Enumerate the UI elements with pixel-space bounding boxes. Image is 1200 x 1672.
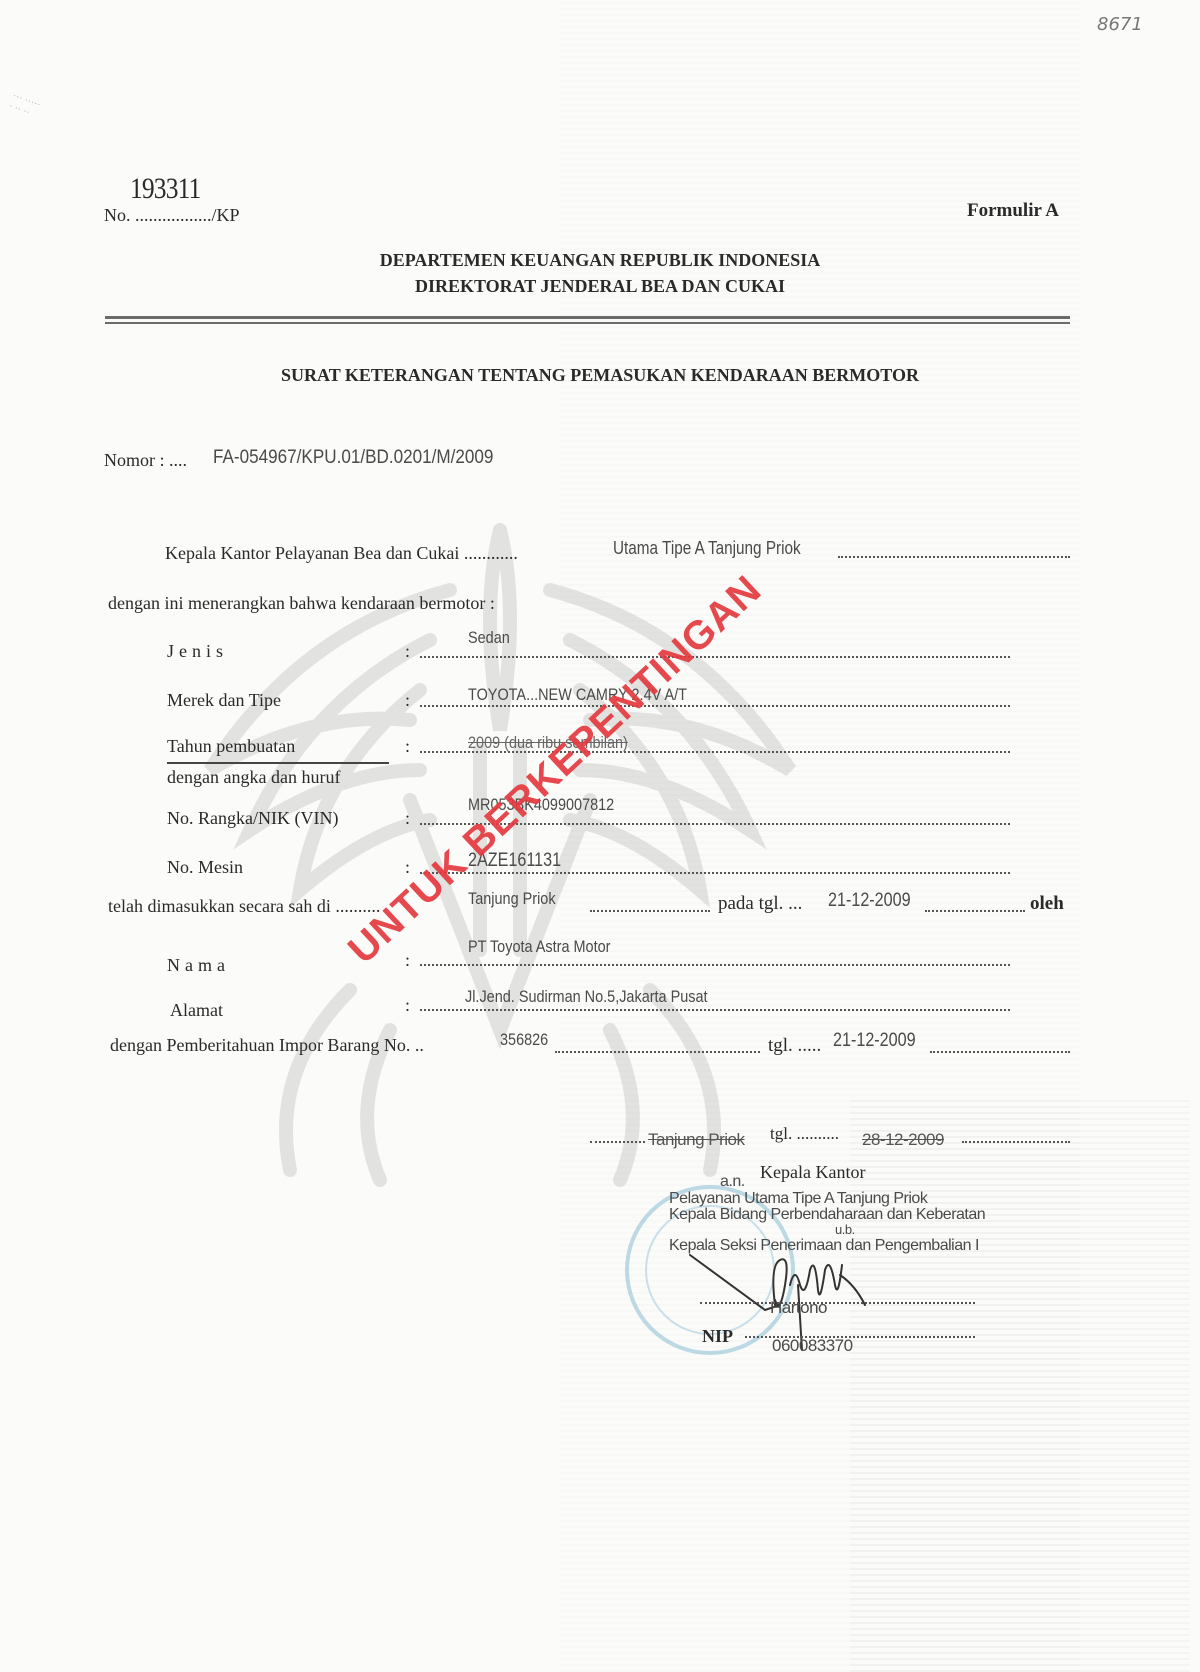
- dotted-fill: [590, 910, 710, 912]
- importer-value-nama: PT Toyota Astra Motor: [468, 937, 636, 957]
- field-label-merek: Merek dan Tipe: [167, 690, 281, 711]
- entry-date-label: pada tgl. ...: [718, 893, 802, 915]
- header-rule: [105, 316, 1070, 319]
- pib-label: dengan Pemberitahuan Impor Barang No. ..: [110, 1035, 424, 1056]
- sign-date-label: tgl. ..........: [770, 1124, 839, 1144]
- sign-place: Tanjung Priok: [648, 1130, 745, 1150]
- signer-name: Hartono: [770, 1298, 827, 1318]
- nomor-label: Nomor : ....: [104, 450, 187, 471]
- dotted-line: [420, 656, 1010, 658]
- importer-value-alamat: Jl.Jend. Sudirman No.5,Jakarta Pusat: [465, 987, 750, 1007]
- handwritten-reference: 8671: [1097, 14, 1143, 35]
- sign-date: 28-12-2009: [862, 1130, 944, 1150]
- field-label-vin: No. Rangka/NIK (VIN): [167, 808, 338, 829]
- entry-suffix: oleh: [1030, 893, 1064, 915]
- field-label-tahun: Tahun pembuatan: [167, 736, 295, 757]
- nomor-value: FA-054967/KPU.01/BD.0201/M/2009: [213, 447, 525, 469]
- office-label: Kepala Kantor Pelayanan Bea dan Cukai ..…: [165, 543, 518, 564]
- entry-place: Tanjung Priok: [468, 889, 571, 909]
- colon: :: [405, 950, 410, 971]
- dotted-line: [420, 705, 1010, 707]
- faint-note: ··· ······ ·· ··: [7, 91, 42, 122]
- entry-label: telah dimasukkan secara sah di .........…: [108, 896, 380, 917]
- document-title: SURAT KETERANGAN TENTANG PEMASUKAN KENDA…: [0, 365, 1200, 386]
- sign-ub-label: u.b.: [835, 1222, 855, 1237]
- header-rule: [105, 322, 1070, 324]
- colon: :: [405, 995, 410, 1016]
- header-directorate: DIREKTORAT JENDERAL BEA DAN CUKAI: [0, 276, 1200, 297]
- pib-date-label: tgl. .....: [768, 1035, 821, 1057]
- pib-number: 356826: [500, 1030, 557, 1050]
- header-ministry: DEPARTEMEN KEUANGAN REPUBLIK INDONESIA: [0, 250, 1200, 271]
- dotted-line: [420, 872, 1010, 874]
- field-sublabel-tahun: dengan angka dan huruf: [167, 767, 340, 788]
- dotted-fill: [590, 1141, 645, 1143]
- entry-date: 21-12-2009: [828, 890, 925, 912]
- dotted-fill: [930, 1051, 1070, 1053]
- signature-line: [700, 1302, 975, 1304]
- field-label-mesin: No. Mesin: [167, 857, 243, 878]
- form-label: Formulir A: [967, 200, 1059, 222]
- dotted-fill: [925, 910, 1025, 912]
- doc-number-label: No. ................./KP: [104, 205, 240, 226]
- paper-texture: [850, 1100, 1190, 1672]
- sign-role1: Kepala Kantor: [760, 1162, 865, 1183]
- importer-label-nama: Nama: [167, 955, 230, 976]
- label-underline: [167, 762, 389, 764]
- dotted-line: [420, 964, 1010, 966]
- sign-an-label: a.n.: [720, 1173, 745, 1191]
- doc-number-value: 193311: [130, 172, 200, 206]
- office-value: Utama Tipe A Tanjung Priok: [613, 538, 834, 559]
- dotted-fill: [962, 1141, 1070, 1143]
- dotted-fill: [555, 1051, 760, 1053]
- nip-label: NIP: [702, 1326, 733, 1347]
- dotted-fill: [838, 556, 1070, 558]
- field-value-jenis: Sedan: [468, 628, 517, 648]
- colon: :: [405, 808, 410, 829]
- importer-label-alamat: Alamat: [170, 1000, 223, 1021]
- pib-date: 21-12-2009: [833, 1030, 930, 1052]
- colon: :: [405, 690, 410, 711]
- dotted-line: [420, 1009, 1010, 1011]
- colon: :: [405, 641, 410, 662]
- colon: :: [405, 736, 410, 757]
- field-label-jenis: Jenis: [167, 641, 228, 662]
- nip-value: 060083370: [772, 1336, 853, 1356]
- sign-role3: Kepala Bidang Perbendaharaan dan Keberat…: [669, 1206, 985, 1224]
- intro-text: dengan ini menerangkan bahwa kendaraan b…: [108, 593, 495, 614]
